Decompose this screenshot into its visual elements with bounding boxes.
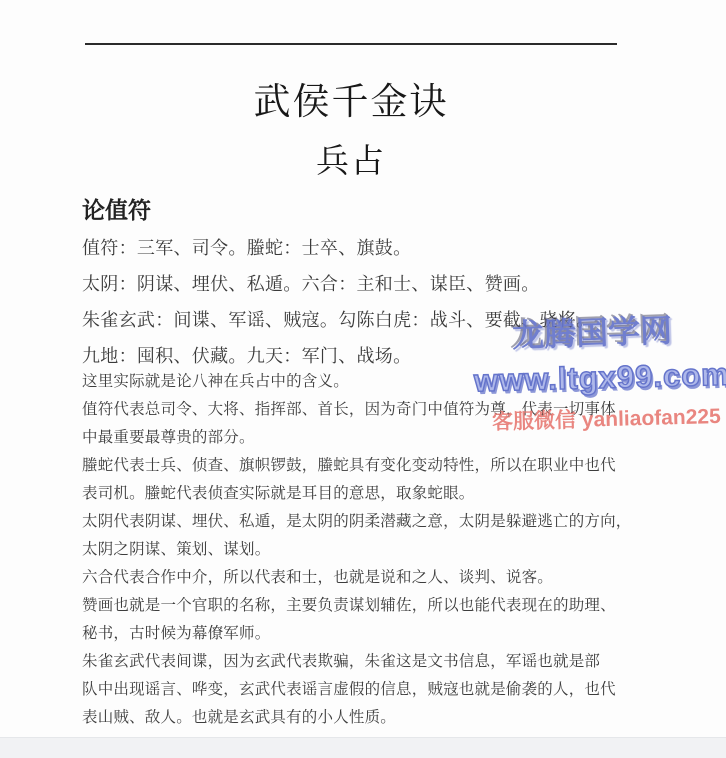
page-title: 武侯千金诀 [85, 82, 617, 122]
body-line: 太阴之阴谋、策划、谋划。 [82, 536, 682, 564]
horizontal-rule [85, 43, 617, 45]
page-subtitle: 兵占 [85, 142, 617, 180]
body-line: 表司机。螣蛇代表侦查实际就是耳目的意思，取象蛇眼。 [82, 480, 682, 508]
body-line: 秘书，古时候为幕僚军师。 [82, 620, 682, 648]
body-line: 太阴代表阴谋、埋伏、私遁，是太阴的阴柔潜藏之意，太阴是躲避逃亡的方向， [82, 508, 682, 536]
definition-line: 值符：三军、司令。螣蛇：士卒、旗鼓。 [82, 230, 682, 266]
body-line: 螣蛇代表士兵、侦查、旗帜锣鼓，螣蛇具有变化变动特性，所以在职业中也代 [82, 452, 682, 480]
bottom-bar [0, 737, 726, 758]
watermark-contact: 客服微信 yanliaofan225 [492, 400, 721, 436]
definition-line: 太阴：阴谋、埋伏、私遁。六合：主和士、谋臣、赞画。 [82, 266, 682, 302]
document-page: 武侯千金诀 兵占 论值符 值符：三军、司令。螣蛇：士卒、旗鼓。 太阴：阴谋、埋伏… [0, 0, 726, 758]
body-line: 表山贼、敌人。也就是玄武具有的小人性质。 [82, 704, 682, 732]
body-line: 六合代表合作中介，所以代表和士，也就是说和之人、谈判、说客。 [82, 564, 682, 592]
body-line: 朱雀玄武代表间谍，因为玄武代表欺骗，朱雀这是文书信息，军谣也就是部 [82, 648, 682, 676]
section-heading: 论值符 [82, 195, 151, 225]
watermark-site-name: 龙腾国学网 [511, 305, 673, 357]
body-line: 赞画也就是一个官职的名称，主要负责谋划辅佐，所以也能代表现在的助理、 [82, 592, 682, 620]
watermark-site-url: www.ltgx99.com [474, 357, 726, 400]
body-line: 队中出现谣言、哗变，玄武代表谣言虚假的信息，贼寇也就是偷袭的人，也代 [82, 676, 682, 704]
